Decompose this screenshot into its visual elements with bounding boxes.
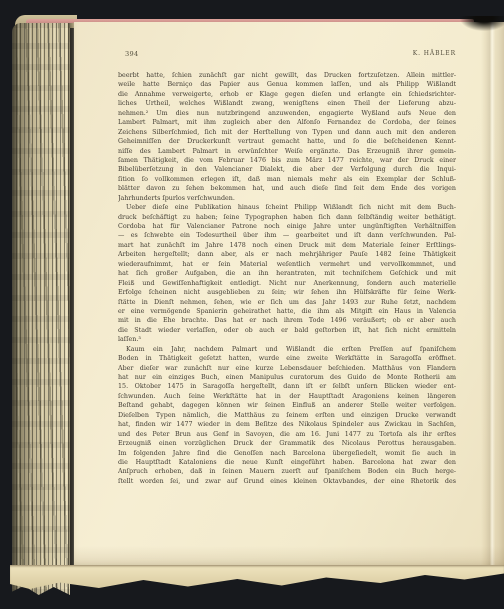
text-line: Fleiß und Gewiſſenhaftigkeit entledigt. …: [118, 279, 456, 288]
text-line: Erzeugniß einen vorzüglichen Druck der G…: [118, 439, 456, 448]
text-line: nehmen.² Um dies nun nutzbringend anzuwe…: [118, 109, 456, 118]
text-line: Dieſelben Typen nämlich, die Matthäus zu…: [118, 411, 456, 420]
book-fore-edge-texture: [12, 23, 70, 595]
text-block: beerbt hatte, ſchien zunächſt gar nicht …: [118, 71, 456, 486]
text-line: Cordoba hat für Valencianer Patrone noch…: [118, 222, 456, 231]
bottom-deckle-edge: [10, 565, 504, 590]
text-line: Lambert Palmart, mit ihm zugleich aber d…: [118, 118, 456, 127]
text-line: mit in die Ehe brachte. Das hat er nach …: [118, 316, 456, 325]
text-line: Im folgenden Jahre ſind die Genoſſen nac…: [118, 449, 456, 458]
text-line: die Stadt wieder verlaſſen, oder ob auch…: [118, 326, 456, 335]
text-line: und des Peter Brun aus Genf in Savoyen, …: [118, 430, 456, 439]
text-line: ſchwunden. Auch ſeine Werkſtätte hat in …: [118, 392, 456, 401]
text-line: ſition ſo vollkommen erlegen iſt, daß ma…: [118, 175, 456, 184]
text-line: Aber dieſer war zunächſt nur eine kurze …: [118, 364, 456, 373]
text-line: er eine vermögende Spanierin geheirathet…: [118, 307, 456, 316]
text-line: hat, finden wir 1477 wieder in dem Beſit…: [118, 420, 456, 429]
gutter-crease: [481, 22, 504, 570]
text-line: druck beſchäftigt zu haben; ſeine Typogr…: [118, 213, 456, 222]
text-line: ſtellt worden ſei, und zwar auf Grund ei…: [118, 477, 456, 486]
text-line: wiederaufnimmt, hat er ſein Material weſ…: [118, 260, 456, 269]
text-line: mart hat zunächſt im Jahre 1478 noch ein…: [118, 241, 456, 250]
text-line: 15. Oktober 1475 in Saragoſſa hergeſtell…: [118, 382, 456, 391]
top-right-corner-shadow: [460, 16, 504, 31]
text-line: ſamen Thätigkeit, die vom Februar 1476 b…: [118, 156, 456, 165]
text-line: Boden in Thätigkeit geſetzt hatten, wurd…: [118, 354, 456, 363]
text-line: Anſpruch erhoben, daß in ſeinen Mauern z…: [118, 467, 456, 476]
text-line: Bibelüberſetzung in den Valencianer Dial…: [118, 165, 456, 174]
text-line: Arbeiten hergeſtellt; dann aber, als er …: [118, 250, 456, 259]
text-line: hat nur ein einziges Buch, einen Manipul…: [118, 373, 456, 382]
book-photo: 394 K. HÄBLER beerbt hatte, ſchien zunäc…: [0, 0, 504, 609]
text-line: ſtätte in Dienſt nehmen, ſehen, wie er ſ…: [118, 298, 456, 307]
running-title: K. HÄBLER: [118, 50, 456, 57]
text-line: Ueber dieſe eine Publikation hinaus ſche…: [118, 203, 456, 212]
text-line: Kaum ein Jahr, nachdem Palmart und Wißla…: [118, 345, 456, 354]
text-line: weile hatte Berniço das Papier aus Genua…: [118, 80, 456, 89]
text-line: Jahrhunderts ſpurlos verſchwunden.: [118, 194, 456, 203]
text-line: laſſen.³: [118, 335, 456, 344]
text-line: Erfolge ſcheinen nicht ausgeblieben zu ſ…: [118, 288, 456, 297]
text-line: die Annahme verweigerte, erhob er Klage …: [118, 90, 456, 99]
text-line: die Hauptſtadt Kataloniens die neue Kunſ…: [118, 458, 456, 467]
text-line: blätter davon zu ſehen bekommen hat, und…: [118, 184, 456, 193]
text-line: — es ſchwebte ein Todesurtheil über ihm …: [118, 231, 456, 240]
text-line: beerbt hatte, ſchien zunächſt gar nicht …: [118, 71, 456, 80]
text-line: liches Urtheil, welches Wißlandt zwang, …: [118, 99, 456, 108]
text-line: Beſtand gehabt, dagegen können wir ſeine…: [118, 401, 456, 410]
text-line: hat ſich großer Aufgaben, die an ihn her…: [118, 269, 456, 278]
bottom-crease-shadow: [74, 546, 504, 566]
text-line: niſſe des Lambert Palmart in erwünſchter…: [118, 147, 456, 156]
text-line: Zeichens Silberſchmied, ſich mit der Her…: [118, 128, 456, 137]
text-line: Geheimniſſen der Druckerkunſt vertraut g…: [118, 137, 456, 146]
